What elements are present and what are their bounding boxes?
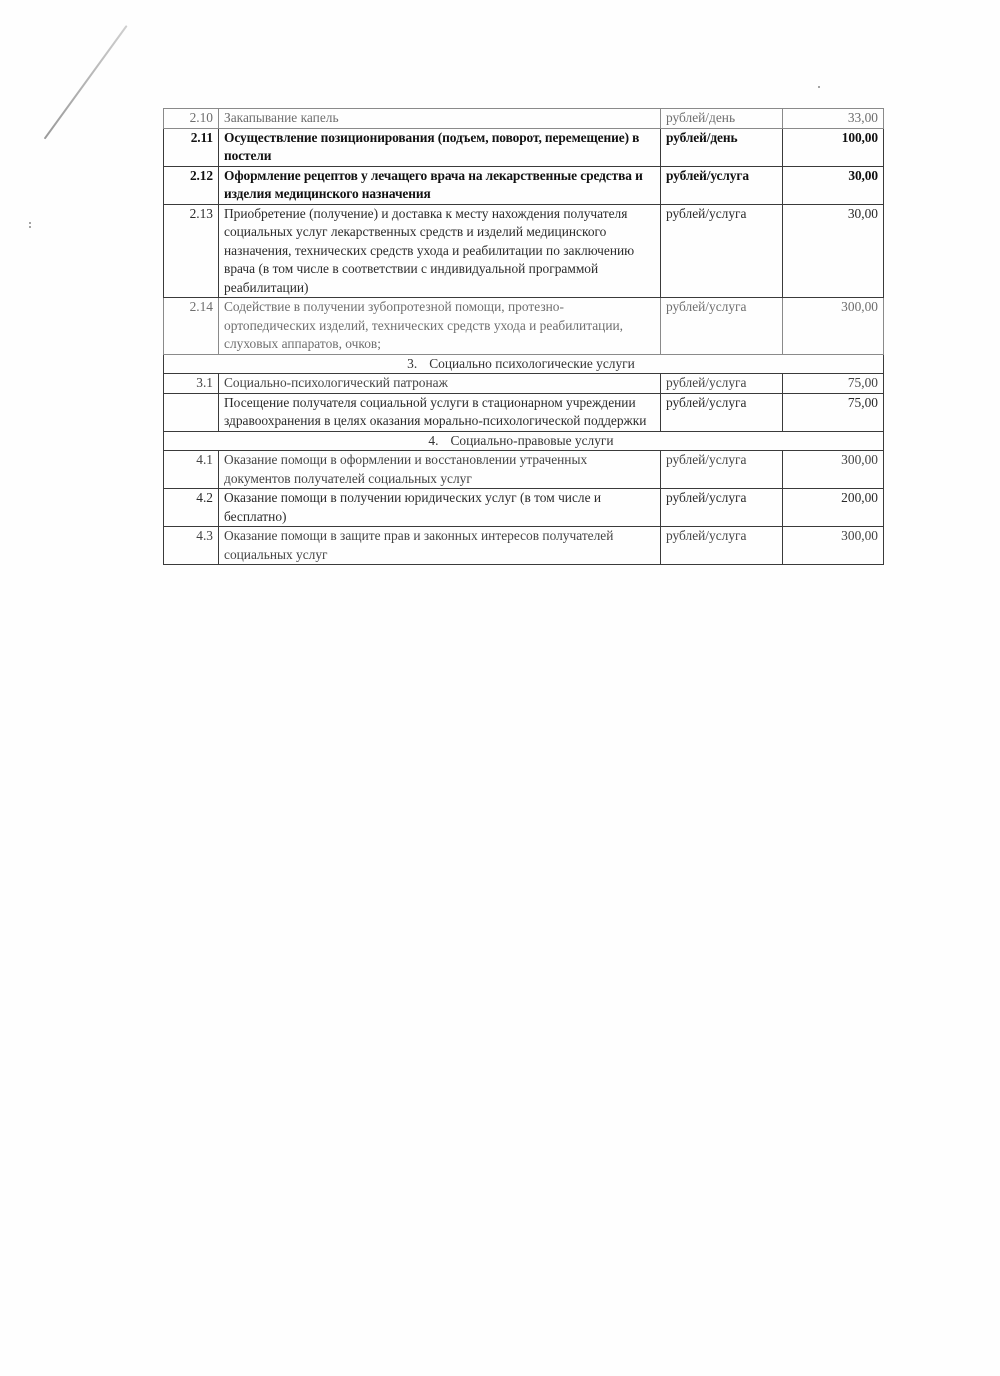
unit-of-measure: рублей/день [661, 109, 783, 129]
service-name: Осуществление позиционирования (подъем, … [219, 128, 661, 166]
price-value: 300,00 [783, 527, 884, 565]
row-number: 2.13 [164, 204, 219, 298]
service-name: Посещение получателя социальной услуги в… [219, 393, 661, 431]
section-header-row: 4.Социально-правовые услуги [164, 431, 884, 451]
table-row: 4.2 Оказание помощи в получении юридичес… [164, 489, 884, 527]
scan-speck [818, 86, 820, 88]
unit-of-measure: рублей/услуга [661, 166, 783, 204]
price-value: 100,00 [783, 128, 884, 166]
unit-of-measure: рублей/услуга [661, 527, 783, 565]
table-row: 4.1 Оказание помощи в оформлении и восст… [164, 451, 884, 489]
price-value: 300,00 [783, 298, 884, 355]
section-number: 3. [407, 356, 417, 371]
table-row: 2.13 Приобретение (получение) и доставка… [164, 204, 884, 298]
price-value: 300,00 [783, 451, 884, 489]
price-value: 33,00 [783, 109, 884, 129]
table-row: 4.3 Оказание помощи в защите прав и зако… [164, 527, 884, 565]
unit-of-measure: рублей/услуга [661, 374, 783, 394]
table-row: 2.11 Осуществление позиционирования (под… [164, 128, 884, 166]
table-row: 2.10 Закапывание капель рублей/день 33,0… [164, 109, 884, 129]
section-number: 4. [428, 433, 438, 448]
price-value: 75,00 [783, 374, 884, 394]
section-heading: 4.Социально-правовые услуги [164, 431, 884, 451]
service-name: Социально-психологический патронаж [219, 374, 661, 394]
price-value: 30,00 [783, 204, 884, 298]
table-body: 2.10 Закапывание капель рублей/день 33,0… [164, 109, 884, 565]
section-title: Социально-правовые услуги [450, 433, 613, 448]
row-number: 3.1 [164, 374, 219, 394]
row-number [164, 393, 219, 431]
unit-of-measure: рублей/услуга [661, 489, 783, 527]
unit-of-measure: рублей/услуга [661, 298, 783, 355]
scan-speck [29, 222, 31, 224]
row-number: 4.3 [164, 527, 219, 565]
table-row: 3.1 Социально-психологический патронаж р… [164, 374, 884, 394]
service-name: Содействие в получении зубопротезной пом… [219, 298, 661, 355]
section-heading: 3.Социально психологические услуги [164, 354, 884, 374]
service-name: Приобретение (получение) и доставка к ме… [219, 204, 661, 298]
row-number: 2.12 [164, 166, 219, 204]
unit-of-measure: рублей/день [661, 128, 783, 166]
service-name: Оказание помощи в оформлении и восстанов… [219, 451, 661, 489]
service-name: Оформление рецептов у лечащего врача на … [219, 166, 661, 204]
pen-stroke-mark [44, 25, 128, 139]
row-number: 2.10 [164, 109, 219, 129]
row-number: 2.14 [164, 298, 219, 355]
price-value: 30,00 [783, 166, 884, 204]
unit-of-measure: рублей/услуга [661, 204, 783, 298]
row-number: 4.2 [164, 489, 219, 527]
scan-speck [29, 226, 31, 228]
table-row: 2.12 Оформление рецептов у лечащего врач… [164, 166, 884, 204]
service-name: Оказание помощи в получении юридических … [219, 489, 661, 527]
row-number: 4.1 [164, 451, 219, 489]
section-title: Социально психологические услуги [429, 356, 635, 371]
table-row: Посещение получателя социальной услуги в… [164, 393, 884, 431]
price-value: 75,00 [783, 393, 884, 431]
service-name: Оказание помощи в защите прав и законных… [219, 527, 661, 565]
service-name: Закапывание капель [219, 109, 661, 129]
section-header-row: 3.Социально психологические услуги [164, 354, 884, 374]
unit-of-measure: рублей/услуга [661, 451, 783, 489]
table-row: 2.14 Содействие в получении зубопротезно… [164, 298, 884, 355]
unit-of-measure: рублей/услуга [661, 393, 783, 431]
services-price-table: 2.10 Закапывание капель рублей/день 33,0… [163, 108, 884, 565]
row-number: 2.11 [164, 128, 219, 166]
price-value: 200,00 [783, 489, 884, 527]
scanned-page: 2.10 Закапывание капель рублей/день 33,0… [0, 0, 1000, 1376]
